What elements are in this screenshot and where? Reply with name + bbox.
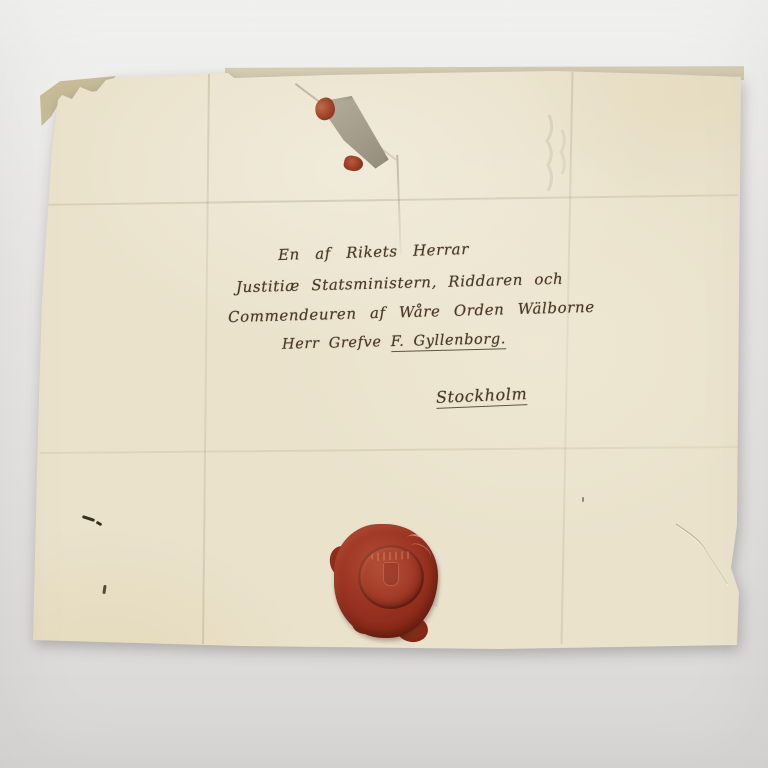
address-line-4-prefix: Herr Grefve (282, 334, 382, 352)
paper-texture (0, 0, 768, 768)
wax-seal-crest (383, 562, 399, 586)
ink-speck-3 (582, 497, 584, 502)
letter-paper-wrap: En af Rikets Herrar Justitiæ Statsminist… (0, 0, 768, 768)
recipient-name: F. Gyllenborg. (391, 331, 507, 352)
letter-paper: En af Rikets Herrar Justitiæ Statsminist… (0, 0, 768, 768)
photo-frame: En af Rikets Herrar Justitiæ Statsminist… (0, 0, 768, 768)
place-line: Stockholm (436, 384, 528, 409)
